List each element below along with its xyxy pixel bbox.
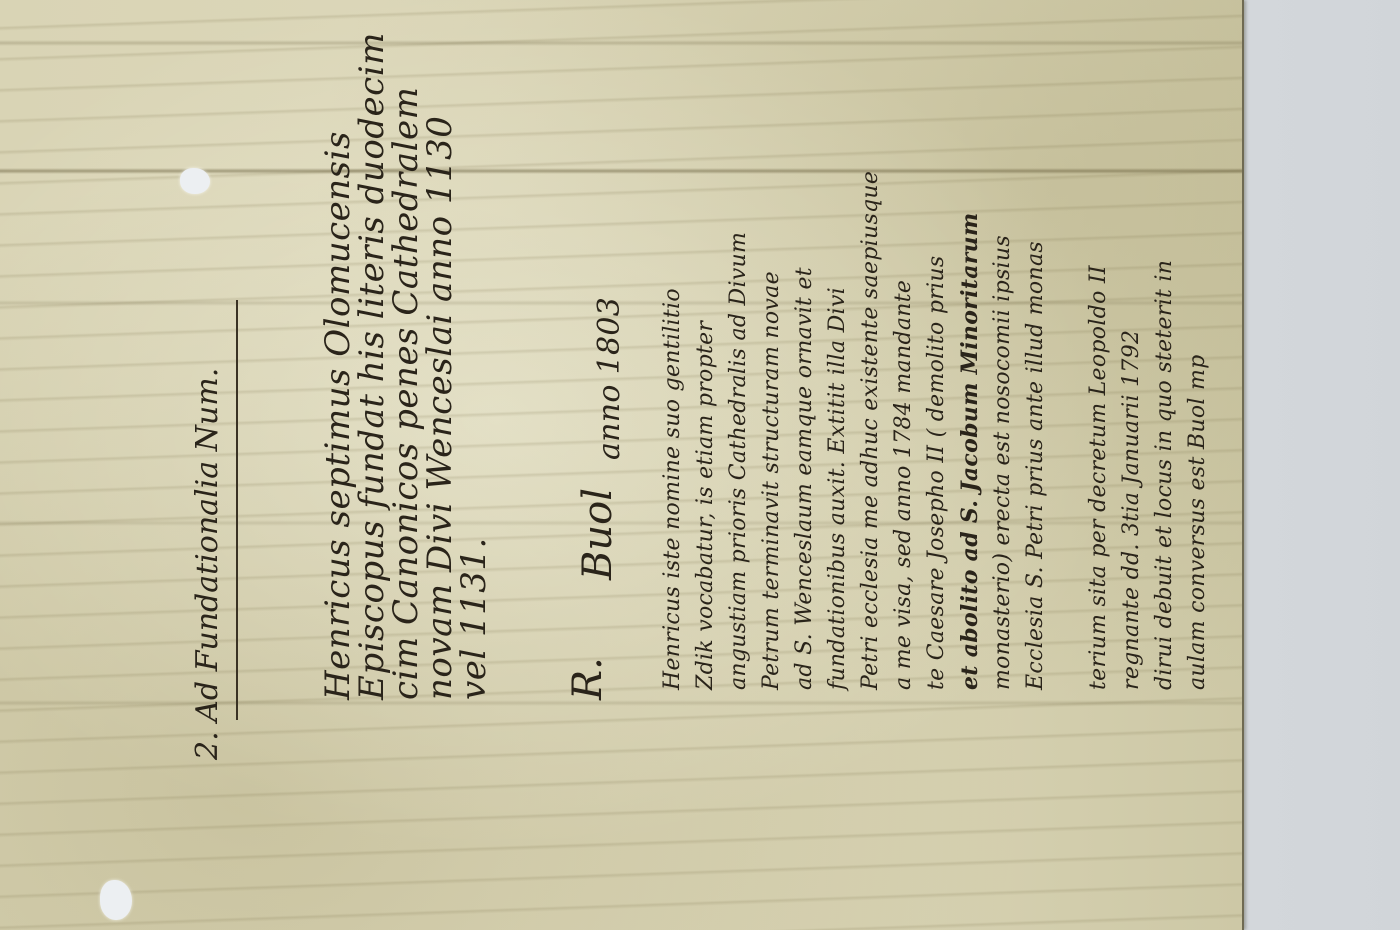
header-suffix: Num. bbox=[190, 368, 225, 452]
fold-crease bbox=[0, 520, 1242, 526]
para2-line: a me visa, sed anno 1784 mandante bbox=[891, 280, 916, 690]
para2-line: dirui debuit et locus in quo steterit in bbox=[1152, 260, 1177, 690]
signature-mark: R. bbox=[565, 657, 611, 700]
para2-line: terium sita per decretum Leopoldo II bbox=[1086, 265, 1111, 690]
para1-line: vel 1131. bbox=[454, 537, 494, 700]
fold-crease bbox=[0, 700, 1242, 706]
header-line: 2. Ad Fundationalia Num. bbox=[190, 368, 225, 760]
para2-line: Petrum terminavit structuram novae bbox=[759, 271, 784, 690]
fold-crease bbox=[0, 40, 1242, 46]
para2-line: Zdik vocabatur, is etiam propter bbox=[693, 321, 718, 690]
parchment-sheet: 2. Ad Fundationalia Num. Henricus septim… bbox=[0, 0, 1244, 930]
para2-line: Ecclesia S. Petri prius ante illud monas bbox=[1023, 241, 1048, 690]
para2-line: angustiam prioris Cathedralis ad Divum bbox=[726, 232, 751, 690]
para2-line: ad S. Wenceslaum eamque ornavit et bbox=[792, 267, 817, 690]
header-title: Ad Fundationalia bbox=[190, 461, 225, 722]
signature-name: Buol bbox=[575, 488, 621, 580]
para2-line: regnante dd. 3tia Januarii 1792 bbox=[1119, 330, 1144, 690]
header-number: 2. bbox=[190, 731, 225, 760]
signature-date: anno 1803 bbox=[592, 297, 627, 460]
header-underline bbox=[236, 300, 238, 720]
para2-line: Petri ecclesia me adhuc existente saepiu… bbox=[858, 171, 883, 690]
para2-line: et abolito ad S. Jacobum Minoritarum bbox=[957, 212, 983, 690]
para2-line: fundationibus auxit. Extitit illa Divi bbox=[825, 287, 850, 690]
para2-line: te Caesare Josepho II ( demolito prius bbox=[924, 256, 949, 690]
parchment-hole bbox=[180, 168, 210, 194]
para2-line: aulam conversus est Buol mp bbox=[1185, 354, 1210, 690]
para2-line: Henricus iste nomine suo gentilitio bbox=[660, 288, 685, 690]
para2-line: monasterio) erecta est nosocomii ipsius bbox=[990, 235, 1015, 690]
parchment-hole bbox=[100, 880, 132, 920]
